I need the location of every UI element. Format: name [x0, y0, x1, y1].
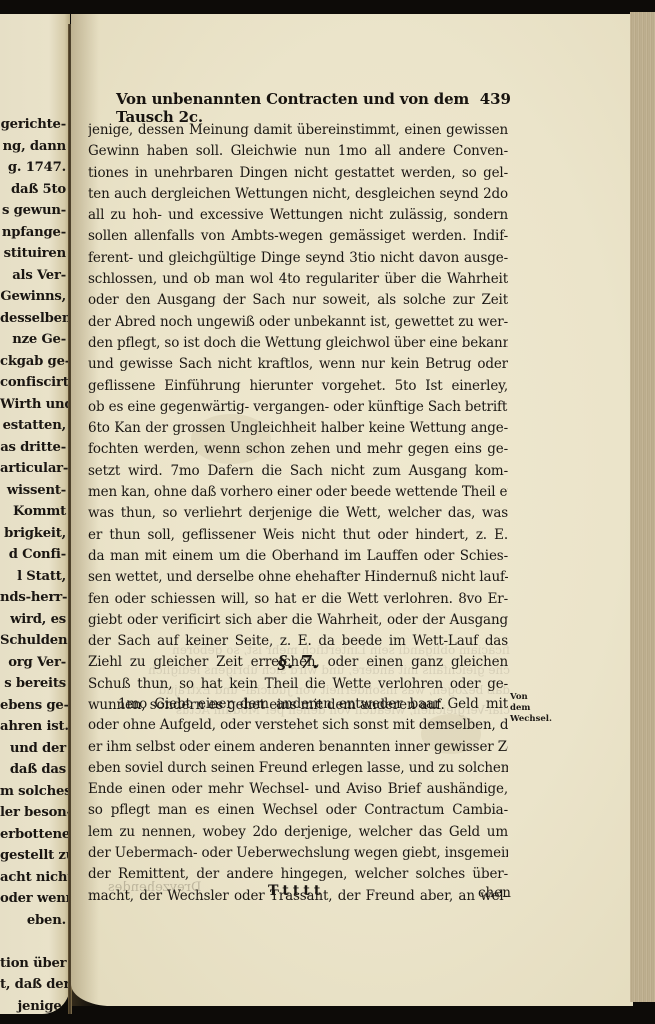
section-heading: §. 7.	[88, 652, 508, 673]
text-line: der Uebermach- oder Ueberwechslung wegen…	[88, 843, 508, 864]
left-page-line: articular-	[0, 458, 66, 480]
left-page-line: t, daß der-	[0, 974, 66, 996]
left-page-line: erbottene	[0, 824, 66, 846]
text-line: tiones in unehrbaren Dingen nicht gestat…	[88, 163, 508, 184]
signature-mark: Ttttt	[268, 883, 324, 899]
left-page-line: nze Ge-	[0, 329, 66, 351]
book-scan: gerichte-ng, danng. 1747.daß 5tos gewun-…	[0, 0, 655, 1024]
left-page-line: estatten,	[0, 415, 66, 437]
left-page-line: Kommt	[0, 501, 66, 523]
text-line: fochten werden, wenn schon zehen und meh…	[88, 439, 508, 460]
left-page-line: org Ver-	[0, 652, 66, 674]
text-line: 1mo Giebt einer dem anderen entweder baa…	[88, 694, 508, 715]
paragraph-exchange: 1mo Giebt einer dem anderen entweder baa…	[88, 694, 508, 907]
left-page-line: as dritte-	[0, 437, 66, 459]
text-line: eben soviel durch seinen Freund erlegen …	[88, 758, 508, 779]
left-page-line: g. 1747.	[0, 157, 66, 179]
left-page-line: Schulden	[0, 630, 66, 652]
text-line: was thun, so verliehrt derjenige die Wet…	[88, 503, 508, 524]
bleed-through-word: Dreyzehendes	[108, 880, 201, 895]
left-page-line: als Ver-	[0, 265, 66, 287]
paragraph-wagers: jenige, dessen Meinung damit übereinstim…	[88, 120, 508, 716]
text-line: 6to Kan der grossen Ungleichheit halber …	[88, 418, 508, 439]
catchword: chen	[478, 885, 511, 901]
text-line: er ihm selbst oder einem anderen benannt…	[88, 737, 508, 758]
left-page-line: desselben,	[0, 308, 66, 330]
text-line: da man mit einem um die Oberhand im Lauf…	[88, 546, 508, 567]
left-page-line: acht nicht	[0, 867, 66, 889]
left-page-line: ler beson-	[0, 802, 66, 824]
text-line: sollen allenfalls von Ambts-wegen gemäss…	[88, 226, 508, 247]
left-page-text-fragment: gerichte-ng, danng. 1747.daß 5tos gewun-…	[0, 114, 66, 1014]
left-page-line: wissent-	[0, 480, 66, 502]
text-line: setzt wird. 7mo Dafern die Sach nicht zu…	[88, 461, 508, 482]
text-line: fen oder schiessen will, so hat er die W…	[88, 589, 508, 610]
left-page-line: oder wenn	[0, 888, 66, 910]
text-line: so pflegt man es einen Wechsel oder Cont…	[88, 800, 508, 821]
page-edges	[630, 12, 655, 1002]
left-page-line: d Confi-	[0, 544, 66, 566]
left-page-line: jenige,	[0, 996, 66, 1015]
left-page-line: eben.	[0, 910, 66, 932]
left-page-line: nds-herr-	[0, 587, 66, 609]
text-line: und gewisse Sach nicht kraftlos, wenn nu…	[88, 354, 508, 375]
left-page-line: npfange-	[0, 222, 66, 244]
left-page-line: l Statt,	[0, 566, 66, 588]
left-page-line: ahren ist.	[0, 716, 66, 738]
text-line: der Sach auf keiner Seite, z. E. da beed…	[88, 631, 508, 652]
left-page-line: Wirth und	[0, 394, 66, 416]
left-page-line: tion über	[0, 953, 66, 975]
text-line: er thun soll, geflissener Weis nicht thu…	[88, 525, 508, 546]
left-page-line: daß 5to	[0, 179, 66, 201]
text-line: sen wettet, und derselbe ohne ehehafter …	[88, 567, 508, 588]
text-line: oder den Ausgang der Sach nur soweit, al…	[88, 290, 508, 311]
left-page-line: ng, dann	[0, 136, 66, 158]
margin-note-line: Wechsel.	[510, 714, 550, 725]
text-line: oder ohne Aufgeld, oder verstehet sich s…	[88, 715, 508, 736]
left-page-line: ckgab ge-	[0, 351, 66, 373]
left-page-line: confiscirt	[0, 372, 66, 394]
left-page-line: s bereits	[0, 673, 66, 695]
left-page-line	[0, 931, 66, 953]
left-page-line: und der	[0, 738, 66, 760]
text-line: geflissene Einführung hierunter vorgehet…	[88, 376, 508, 397]
text-line: schlossen, und ob man wol 4to regularite…	[88, 269, 508, 290]
left-page-line: daß das	[0, 759, 66, 781]
text-line: lem zu nennen, wobey 2do derjenige, welc…	[88, 822, 508, 843]
text-line: jenige, dessen Meinung damit übereinstim…	[88, 120, 508, 141]
text-line: ob es eine gegenwärtig- vergangen- oder …	[88, 397, 508, 418]
text-line: Schuß thun, so hat kein Theil die Wette …	[88, 674, 508, 695]
text-line: ferent- und gleichgültige Dinge seynd 3t…	[88, 248, 508, 269]
left-page-line: m solches	[0, 781, 66, 803]
left-page-line: Gewinns,	[0, 286, 66, 308]
text-line: ten auch dergleichen Wettungen nicht, de…	[88, 184, 508, 205]
left-page-line: stituiren	[0, 243, 66, 265]
margin-note: Von demWechsel.	[510, 692, 550, 725]
text-line: all zu hoh- und excessive Wettungen nich…	[88, 205, 508, 226]
left-page-line: brigkeit,	[0, 523, 66, 545]
text-line: den pflegt, so ist doch die Wettung glei…	[88, 333, 508, 354]
left-page-line: s gewun-	[0, 200, 66, 222]
left-page-line: ebens ge-	[0, 695, 66, 717]
page-number: 439	[480, 90, 511, 108]
left-page-line: gestellt zu	[0, 845, 66, 867]
left-page-line: gerichte-	[0, 114, 66, 136]
text-line: Gewinn haben soll. Gleichwie nun 1mo all…	[88, 141, 508, 162]
text-line: Ende einen oder mehr Wechsel- und Aviso …	[88, 779, 508, 800]
text-line: men kan, ohne daß vorhero einer oder bee…	[88, 482, 508, 503]
text-line: giebt oder verificirt sich aber die Wahr…	[88, 610, 508, 631]
left-page: gerichte-ng, danng. 1747.daß 5tos gewun-…	[0, 14, 70, 1014]
text-line: der Abred noch ungewiß oder unbekannt is…	[88, 312, 508, 333]
margin-note-line: Von dem	[510, 692, 550, 714]
left-page-line: wird, es	[0, 609, 66, 631]
